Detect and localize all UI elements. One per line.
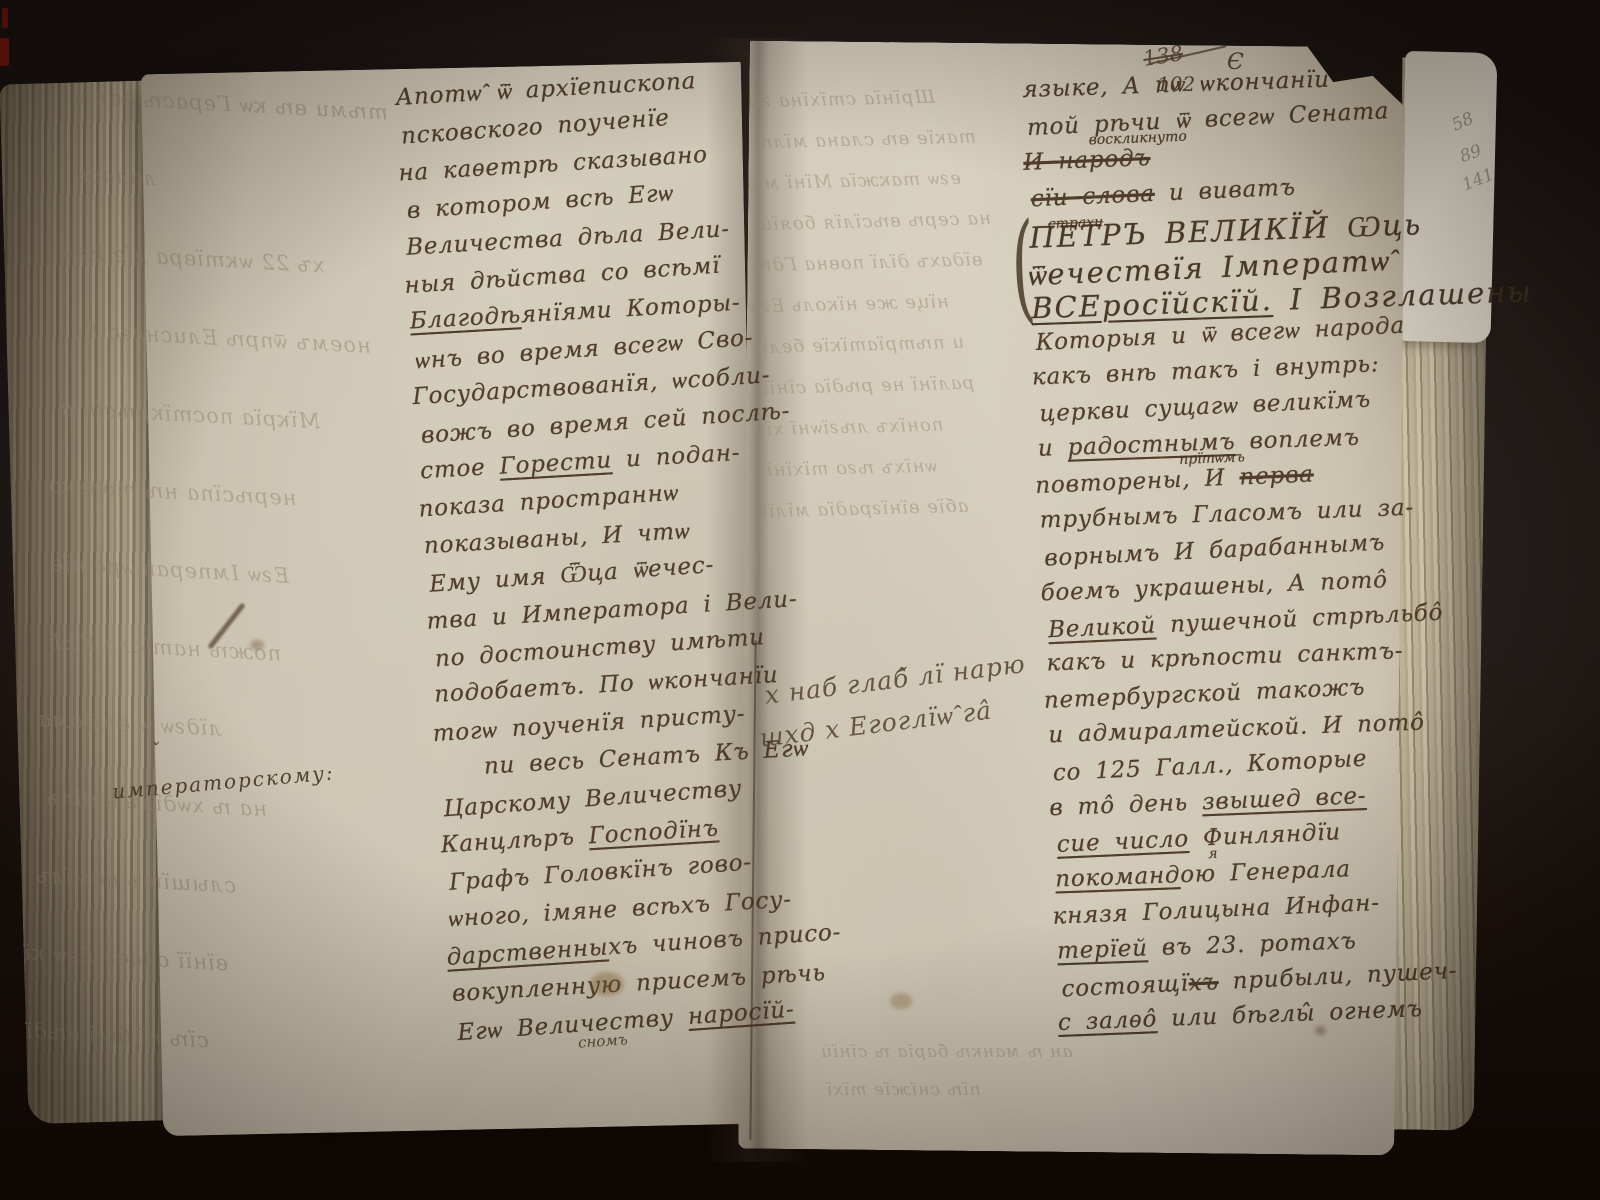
quire-letter: Є xyxy=(1227,50,1244,75)
showthrough-line: вïнïï слава Егѡ кï xyxy=(23,941,229,977)
showthrough-line: сïѣ нï бïлï вѣдï xyxy=(25,1019,210,1053)
showthrough-line: нерѣсïпа нѣ только xyxy=(47,473,297,510)
leaf-number: 58 xyxy=(1449,108,1477,135)
manuscript-line: И народъвоскликнуто xyxy=(1023,145,1151,184)
showthrough-line: хъ 22 ѡктïвра лïе Егѡ xyxy=(61,240,325,279)
showthrough-text-left-margin: тѣми вѣ кѡ Герасѣ волѣлаласьхъ 22 ѡктïвр… xyxy=(22,84,405,1120)
left-page-text-column: Апотѡ̂ ѿ архїепископапсковского поученïе… xyxy=(395,62,847,1085)
paper-stain xyxy=(890,993,912,1009)
showthrough-line: лалась xyxy=(76,162,158,190)
right-page-text-column: ( языке, А пѡ ѡкончанïитой рѣчи ѿ всегѡ … xyxy=(1022,62,1472,1078)
leaf-number: 89 xyxy=(1457,141,1484,167)
folio-numbers: 138 Є 102 xyxy=(1135,40,1265,110)
showthrough-line: Мïкрïа постïкрѣсïн а xyxy=(59,396,321,434)
book-cover-red-edge xyxy=(0,38,9,66)
book-cover-red-edge xyxy=(2,8,8,28)
showthrough-line: пожѣ натïсла КЪI xyxy=(51,630,282,666)
inserted-correction: я xyxy=(1208,846,1218,862)
showthrough-line: лïдгѡ ѡ вѣдома xyxy=(37,707,223,742)
inserted-correction: воскликнуто xyxy=(1088,129,1187,149)
showthrough-line: пïѣ снïжïе тïхï xyxy=(826,1080,981,1100)
showthrough-line: Егѡ Iмператѡрс нïе xyxy=(49,551,290,589)
showthrough-line: ноемъ ѿпрѣ Елиснего Ра xyxy=(69,318,371,359)
paper-stain xyxy=(250,640,264,650)
insertion-caret: ˇ xyxy=(150,740,159,761)
manuscript-photo: тѣми вѣ кѡ Герасѣ волѣлаласьхъ 22 ѡктïвр… xyxy=(0,0,1600,1200)
leaf-number: 141 xyxy=(1459,165,1497,196)
showthrough-line: слышïтъ помïлъ xyxy=(35,863,237,897)
paper-stain xyxy=(1315,1026,1326,1035)
showthrough-line: ан ѣ манкѣ барïа ѣ сïнïй xyxy=(820,1042,1072,1062)
paper-stain xyxy=(590,972,624,996)
inserted-correction: прïтѡмъ xyxy=(1179,449,1245,469)
folio-number: 102 xyxy=(1157,72,1195,96)
catchword: сномъ xyxy=(577,1030,628,1051)
next-leaf-folio-numbers: 58 89 141 xyxy=(1432,100,1502,210)
